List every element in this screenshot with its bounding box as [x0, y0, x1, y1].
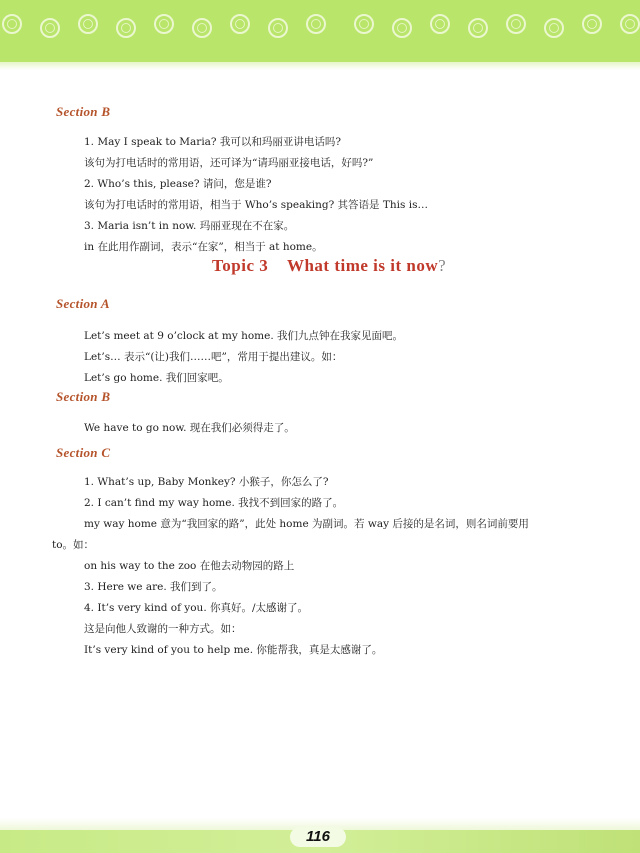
text-line: Let’s go home. 我们回家吧。 — [84, 370, 229, 385]
text-line: We have to go now. 现在我们必须得走了。 — [84, 420, 295, 435]
text-line: 3. Here we are. 我们到了。 — [84, 579, 223, 594]
section-heading: Section B — [56, 389, 110, 405]
ring-decoration-icon — [354, 14, 374, 34]
text-line: Let’s… 表示“(让)我们……吧”，常用于提出建议。如： — [84, 349, 342, 364]
text-line: 1. What’s up, Baby Monkey? 小猴子，你怎么了? — [84, 474, 329, 489]
topic-number: Topic 3 — [212, 256, 268, 275]
section-heading: Section C — [56, 445, 110, 461]
ring-decoration-icon — [468, 18, 488, 38]
ring-decoration-icon — [78, 14, 98, 34]
text-line: 2. Who’s this, please? 请问，您是谁? — [84, 176, 271, 191]
text-line: 该句为打电话时的常用语，相当于 Who’s speaking? 其答语是 Thi… — [84, 197, 428, 212]
header-decoration-band — [0, 0, 640, 64]
ring-decoration-icon — [582, 14, 602, 34]
ring-decoration-icon — [192, 18, 212, 38]
text-line: 这是向他人致谢的一种方式。如： — [84, 621, 242, 636]
text-line: 2. I can’t find my way home. 我找不到回家的路了。 — [84, 495, 343, 510]
ring-decoration-icon — [116, 18, 136, 38]
ring-decoration-icon — [430, 14, 450, 34]
page-number: 116 — [290, 827, 346, 847]
text-line: 1. May I speak to Maria? 我可以和玛丽亚讲电话吗? — [84, 134, 341, 149]
ring-decoration-icon — [306, 14, 326, 34]
text-line: 3. Maria isn’t in now. 玛丽亚现在不在家。 — [84, 218, 294, 233]
ring-decoration-icon — [230, 14, 250, 34]
topic-question-mark: ? — [438, 256, 446, 275]
topic-text: What time is it now — [287, 256, 438, 275]
text-line: in 在此用作副词，表示“在家”，相当于 at home。 — [84, 239, 323, 254]
topic-title: Topic 3 What time is it now? — [212, 256, 446, 276]
text-line: It’s very kind of you to help me. 你能帮我，真… — [84, 642, 382, 657]
text-line: Let’s meet at 9 o’clock at my home. 我们九点… — [84, 328, 403, 343]
section-heading: Section A — [56, 296, 110, 312]
section-heading: Section B — [56, 104, 110, 120]
text-line: 4. It’s very kind of you. 你真好。/太感谢了。 — [84, 600, 308, 615]
text-line: 该句为打电话时的常用语，还可译为“请玛丽亚接电话，好吗?” — [84, 155, 373, 170]
text-line: to。如： — [52, 537, 94, 552]
ring-decoration-icon — [544, 18, 564, 38]
text-line: on his way to the zoo 在他去动物园的路上 — [84, 558, 294, 573]
ring-decoration-icon — [268, 18, 288, 38]
ring-decoration-icon — [506, 14, 526, 34]
header-fade — [0, 62, 640, 70]
ring-decoration-icon — [392, 18, 412, 38]
ring-decoration-icon — [40, 18, 60, 38]
ring-decoration-icon — [2, 14, 22, 34]
text-line: my way home 意为“我回家的路”，此处 home 为副词。若 way … — [84, 516, 529, 531]
ring-decoration-icon — [620, 14, 640, 34]
ring-decoration-icon — [154, 14, 174, 34]
